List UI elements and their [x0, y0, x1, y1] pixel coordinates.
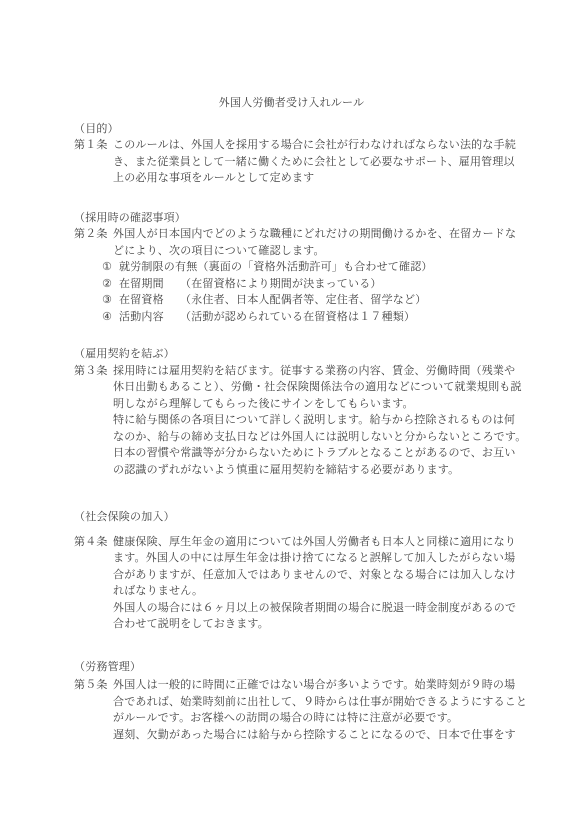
item-number: ④ — [102, 309, 119, 326]
article-text-line: 明しながら理解してもらった後にサインをしてもらいます。 — [113, 396, 583, 413]
section-heading-social-insurance: （社会保険の加入） — [74, 509, 583, 526]
article-text-line: 健康保険、厚生年金の適用については外国人労働者も日本人と同様に適用になり — [113, 534, 583, 551]
article-text-line: 特に給与関係の各項目について詳しく説明します。給与から控除されるものは何 — [113, 412, 583, 429]
article-text-line: 上の必用な事項をルールとして定めます — [113, 170, 583, 187]
article-5: 第５条 外国人は一般的に時間に正確ではない場合が多いようです。始業時刻が９時の場… — [74, 677, 583, 743]
item-description: （裏面の「資格外活動許可」も合わせて確認） — [197, 259, 432, 276]
article-text-line: 外国人が日本国内でどのような職種にどれだけの期間働けるかを、在留カードな — [113, 226, 583, 243]
article-3-body: 採用時には雇用契約を結びます。従事する業務の内容、賃金、労働時間（残業や 休日出… — [113, 363, 583, 479]
article-text-line: がルールです。お客様への訪問の場合の時には特に注意が必要です。 — [113, 710, 583, 727]
article-4-body: 健康保険、厚生年金の適用については外国人労働者も日本人と同様に適用になり ます。… — [113, 534, 583, 633]
document-title: 外国人労働者受け入れルール — [0, 0, 583, 112]
article-text-line: どにより、次の項目について確認します。 — [113, 243, 583, 260]
article-text-line: 外国人は一般的に時間に正確ではない場合が多いようです。始業時刻が９時の場 — [113, 677, 583, 694]
article-3: 第３条 採用時には雇用契約を結びます。従事する業務の内容、賃金、労働時間（残業や… — [74, 363, 583, 479]
section-heading-hiring-checks: （採用時の確認事項） — [74, 210, 583, 227]
article-4: 第４条 健康保険、厚生年金の適用については外国人労働者も日本人と同様に適用になり… — [74, 534, 583, 633]
article-text-line: の認識のずれがないよう慎重に雇用契約を締結する必要があります。 — [113, 462, 583, 479]
article-2: 第２条 外国人が日本国内でどのような職種にどれだけの期間働けるかを、在留カードな… — [74, 226, 583, 325]
article-text-line: 採用時には雇用契約を結びます。従事する業務の内容、賃金、労働時間（残業や — [113, 363, 583, 380]
item-number: ③ — [102, 292, 119, 309]
article-text-line: 外国人の場合には６ヶ月以上の被保険者期間の場合に脱退一時金制度があるので — [113, 600, 583, 617]
section-heading-purpose: （目的） — [74, 121, 583, 138]
item-term: 在留期間 — [119, 276, 180, 293]
article-text-line: き、また従業員として一緒に働くために会社として必要なサポート、雇用管理以 — [113, 154, 583, 171]
section-heading-employment-contract: （雇用契約を結ぶ） — [74, 346, 583, 363]
confirmation-item-list: ① 就労制限の有無 （裏面の「資格外活動許可」も合わせて確認） ② 在留期間 （… — [102, 259, 583, 325]
article-text-line: ればなりません。 — [113, 583, 583, 600]
document-page: 外国人労働者受け入れルール （目的） 第１条 このルールは、外国人を採用する場合… — [0, 0, 583, 825]
article-1-body: このルールは、外国人を採用する場合に会社が行わなければならない法的な手続 き、ま… — [113, 137, 583, 187]
article-4-number: 第４条 — [74, 534, 113, 551]
item-term: 就労制限の有無 — [119, 259, 197, 276]
article-5-body: 外国人は一般的に時間に正確ではない場合が多いようです。始業時刻が９時の場 合であ… — [113, 677, 583, 743]
confirmation-item: ④ 活動内容 （活動が認められている在留資格は１７種類） — [102, 309, 583, 326]
article-2-body: 外国人が日本国内でどのような職種にどれだけの期間働けるかを、在留カードな どによ… — [113, 226, 583, 325]
confirmation-item: ③ 在留資格 （永住者、日本人配偶者等、定住者、留学など） — [102, 292, 583, 309]
item-term: 活動内容 — [119, 309, 180, 326]
article-2-number: 第２条 — [74, 226, 113, 243]
section-heading-labor-management: （労務管理） — [74, 659, 583, 676]
article-text-line: 合がありますが、任意加入ではありませんので、対象となる場合には加入しなけ — [113, 567, 583, 584]
article-1: 第１条 このルールは、外国人を採用する場合に会社が行わなければならない法的な手続… — [74, 137, 583, 187]
article-text-line: 日本の習慣や常識等が分からないためにトラブルとなることがあるので、お互い — [113, 445, 583, 462]
article-text-line: 遅刻、欠勤があった場合には給与から控除することになるので、日本で仕事をす — [113, 727, 583, 744]
article-text-line: このルールは、外国人を採用する場合に会社が行わなければならない法的な手続 — [113, 137, 583, 154]
confirmation-item: ① 就労制限の有無 （裏面の「資格外活動許可」も合わせて確認） — [102, 259, 583, 276]
confirmation-item: ② 在留期間 （在留資格により期間が決まっている） — [102, 276, 583, 293]
article-text-line: なのか、給与の締め支払日などは外国人には説明しないと分からないところです。 — [113, 429, 583, 446]
article-text-line: ます。外国人の中には厚生年金は掛け捨てになると誤解して加入したがらない場 — [113, 550, 583, 567]
item-description: （活動が認められている在留資格は１７種類） — [180, 309, 415, 326]
article-3-number: 第３条 — [74, 363, 113, 380]
article-1-number: 第１条 — [74, 137, 113, 154]
article-5-number: 第５条 — [74, 677, 113, 694]
article-text-line: 合であれば、始業時刻前に出社して、９時からは仕事が開始できるようにすること — [113, 694, 583, 711]
item-description: （永住者、日本人配偶者等、定住者、留学など） — [180, 292, 426, 309]
item-description: （在留資格により期間が決まっている） — [180, 276, 382, 293]
item-number: ① — [102, 259, 119, 276]
item-number: ② — [102, 276, 119, 293]
article-text-line: 合わせて説明をしておきます。 — [113, 616, 583, 633]
item-term: 在留資格 — [119, 292, 180, 309]
article-text-line: 休日出勤もあること）、労働・社会保険関係法令の適用などについて就業規則も説 — [113, 379, 583, 396]
